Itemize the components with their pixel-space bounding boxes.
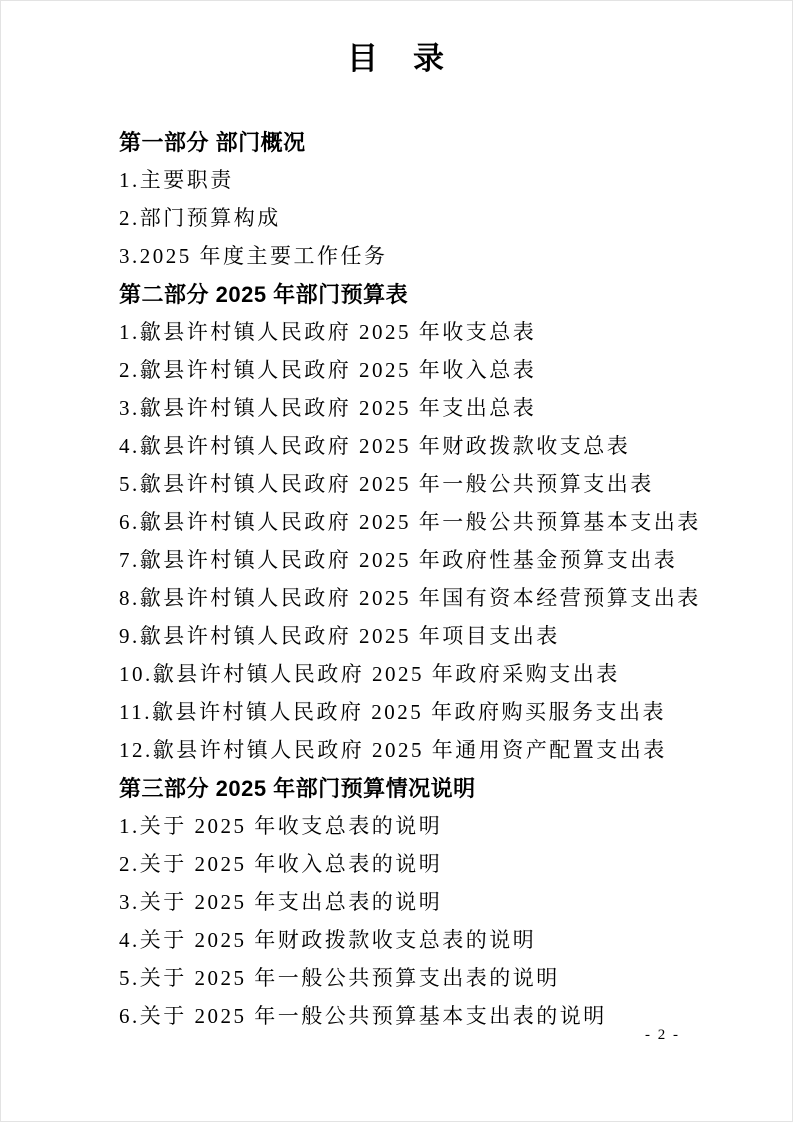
toc-entry: 9.歙县许村镇人民政府 2025 年项目支出表 <box>119 616 692 654</box>
toc-entry: 2.歙县许村镇人民政府 2025 年收入总表 <box>119 350 692 388</box>
toc-entry: 12.歙县许村镇人民政府 2025 年通用资产配置支出表 <box>119 730 692 768</box>
toc-entry: 1.歙县许村镇人民政府 2025 年收支总表 <box>119 312 692 350</box>
toc-entry: 3.关于 2025 年支出总表的说明 <box>119 882 692 920</box>
toc-entry: 7.歙县许村镇人民政府 2025 年政府性基金预算支出表 <box>119 540 692 578</box>
toc-entry: 5.歙县许村镇人民政府 2025 年一般公共预算支出表 <box>119 464 692 502</box>
toc-list: 第一部分 部门概况1.主要职责2.部门预算构成3.2025 年度主要工作任务第二… <box>1 122 792 1034</box>
toc-section-heading: 第一部分 部门概况 <box>119 122 692 160</box>
toc-section-heading: 第二部分 2025 年部门预算表 <box>119 274 692 312</box>
toc-entry: 5.关于 2025 年一般公共预算支出表的说明 <box>119 958 692 996</box>
toc-entry: 6.歙县许村镇人民政府 2025 年一般公共预算基本支出表 <box>119 502 692 540</box>
toc-entry: 3.2025 年度主要工作任务 <box>119 236 692 274</box>
toc-section-heading: 第三部分 2025 年部门预算情况说明 <box>119 768 692 806</box>
toc-entry: 3.歙县许村镇人民政府 2025 年支出总表 <box>119 388 692 426</box>
toc-entry: 2.部门预算构成 <box>119 198 692 236</box>
toc-entry: 2.关于 2025 年收入总表的说明 <box>119 844 692 882</box>
toc-entry: 4.关于 2025 年财政拨款收支总表的说明 <box>119 920 692 958</box>
toc-entry: 1.主要职责 <box>119 160 692 198</box>
toc-entry: 1.关于 2025 年收支总表的说明 <box>119 806 692 844</box>
toc-entry: 11.歙县许村镇人民政府 2025 年政府购买服务支出表 <box>119 692 692 730</box>
toc-entry: 4.歙县许村镇人民政府 2025 年财政拨款收支总表 <box>119 426 692 464</box>
toc-entry: 6.关于 2025 年一般公共预算基本支出表的说明 <box>119 996 692 1034</box>
toc-entry: 8.歙县许村镇人民政府 2025 年国有资本经营预算支出表 <box>119 578 692 616</box>
page-number: - 2 - <box>645 1027 680 1044</box>
document-page: 目 录 第一部分 部门概况1.主要职责2.部门预算构成3.2025 年度主要工作… <box>0 0 793 1122</box>
toc-entry: 10.歙县许村镇人民政府 2025 年政府采购支出表 <box>119 654 692 692</box>
page-title: 目 录 <box>1 41 792 77</box>
